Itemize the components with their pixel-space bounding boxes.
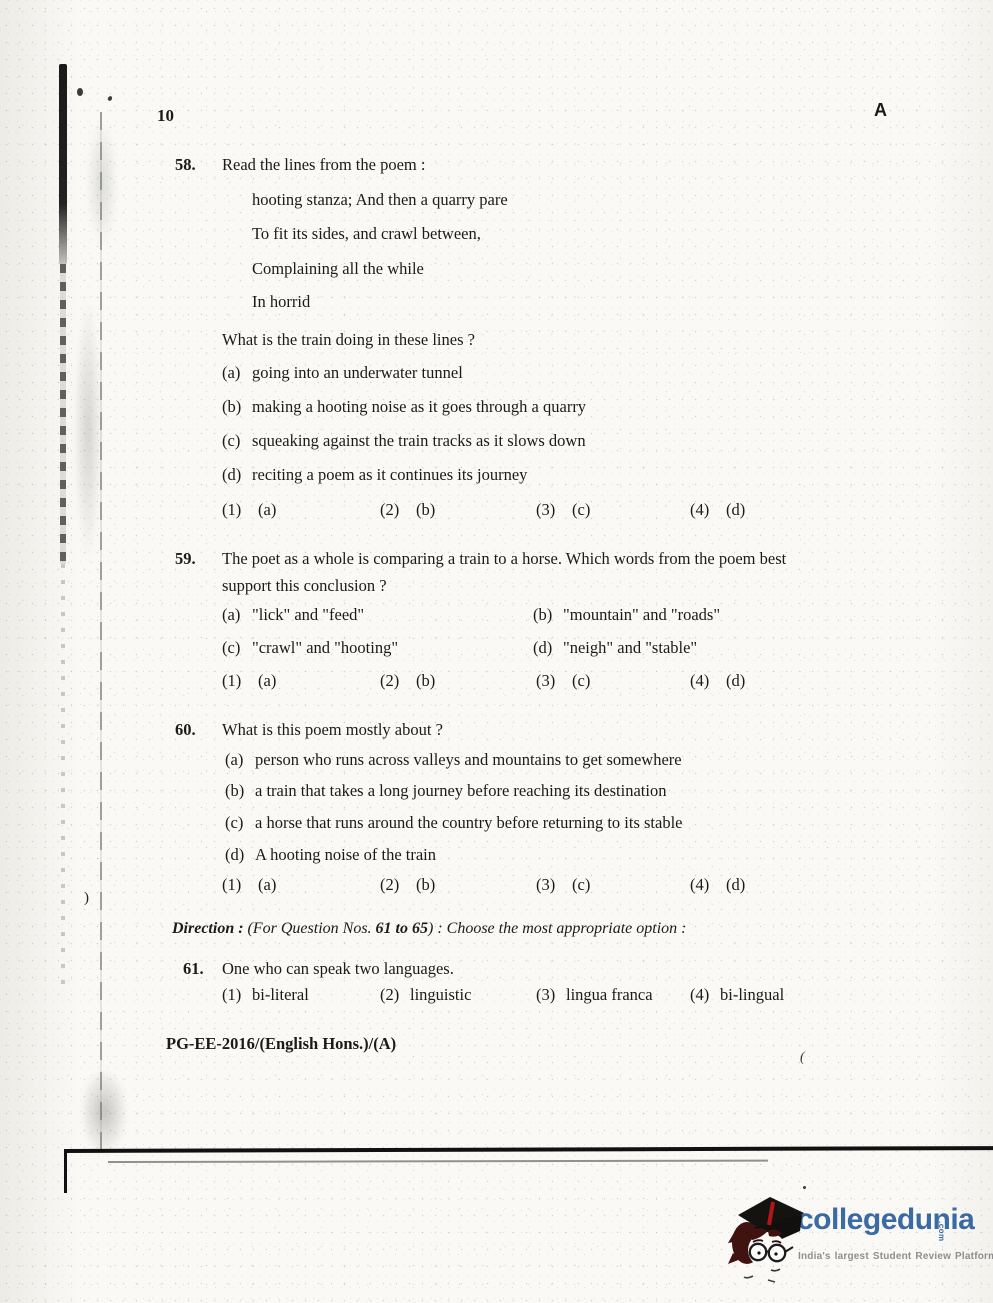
answer-letter: (a) bbox=[258, 500, 276, 519]
q61-number: 61. bbox=[183, 959, 204, 979]
option-number: (1) bbox=[222, 985, 252, 1005]
q58-answer-1: (1)(a) bbox=[222, 500, 276, 520]
scan-smudge bbox=[80, 1068, 128, 1156]
q60-choice-a: (a)person who runs across valleys and mo… bbox=[225, 750, 682, 770]
q59-answer-2: (2)(b) bbox=[380, 671, 435, 691]
choice-label: (a) bbox=[222, 605, 252, 625]
q60-answer-1: (1)(a) bbox=[222, 875, 276, 895]
q58-choice-b: (b)making a hooting noise as it goes thr… bbox=[222, 397, 586, 417]
q59-number: 59. bbox=[175, 549, 196, 569]
choice-label: (b) bbox=[225, 781, 255, 801]
q58-choice-d: (d)reciting a poem as it continues its j… bbox=[222, 465, 527, 485]
answer-letter: (b) bbox=[416, 671, 435, 690]
q60-number: 60. bbox=[175, 720, 196, 740]
option-number: (3) bbox=[536, 985, 566, 1005]
answer-letter: (c) bbox=[572, 671, 590, 690]
q59-choice-a: (a)"lick" and "feed" bbox=[222, 605, 364, 625]
q60-answer-3: (3)(c) bbox=[536, 875, 590, 895]
choice-label: (d) bbox=[533, 638, 563, 658]
option-number: (4) bbox=[690, 985, 720, 1005]
q59-choice-b: (b)"mountain" and "roads" bbox=[533, 605, 720, 625]
q61-option-2: (2)linguistic bbox=[380, 985, 471, 1005]
q61-option-3: (3)lingua franca bbox=[536, 985, 653, 1005]
stray-mark: ) bbox=[84, 888, 89, 908]
page-bottom-rule-echo bbox=[108, 1160, 768, 1163]
ink-dot bbox=[107, 95, 113, 101]
q58-poem-line: hooting stanza; And then a quarry pare bbox=[252, 190, 508, 210]
answer-number: (1) bbox=[222, 875, 258, 895]
choice-text: making a hooting noise as it goes throug… bbox=[252, 397, 586, 416]
answer-number: (3) bbox=[536, 671, 572, 691]
answer-letter: (a) bbox=[258, 875, 276, 894]
page-number: 10 bbox=[157, 106, 174, 126]
choice-label: (c) bbox=[222, 638, 252, 658]
scan-spine-shadow-faint bbox=[61, 564, 65, 994]
q60-choice-d: (d)A hooting noise of the train bbox=[225, 845, 436, 865]
q58-poem-line: Complaining all the while bbox=[252, 259, 424, 279]
option-text: bi-lingual bbox=[720, 985, 784, 1004]
q59-prompt-line1: The poet as a whole is comparing a train… bbox=[222, 549, 786, 569]
stray-mark: ( bbox=[800, 1048, 805, 1068]
choice-label: (b) bbox=[222, 397, 252, 417]
collegedunia-mascot-icon bbox=[726, 1189, 808, 1285]
choice-label: (c) bbox=[225, 813, 255, 833]
option-text: bi-literal bbox=[252, 985, 309, 1004]
q58-prompt: Read the lines from the poem : bbox=[222, 155, 425, 175]
choice-text: going into an underwater tunnel bbox=[252, 363, 463, 382]
choice-text: "mountain" and "roads" bbox=[563, 605, 720, 624]
answer-number: (3) bbox=[536, 875, 572, 895]
answer-number: (1) bbox=[222, 671, 258, 691]
scan-smudge bbox=[74, 300, 102, 560]
scan-spine-shadow bbox=[59, 64, 67, 264]
q58-choice-c: (c)squeaking against the train tracks as… bbox=[222, 431, 586, 451]
q60-prompt: What is this poem mostly about ? bbox=[222, 720, 443, 740]
q59-answer-1: (1)(a) bbox=[222, 671, 276, 691]
q61-prompt: One who can speak two languages. bbox=[222, 959, 454, 979]
choice-label: (d) bbox=[225, 845, 255, 865]
question-set-letter: A bbox=[874, 100, 887, 120]
q60-choice-c: (c)a horse that runs around the country … bbox=[225, 813, 683, 833]
answer-number: (2) bbox=[380, 500, 416, 520]
q58-answer-4: (4)(d) bbox=[690, 500, 745, 520]
scan-spine-shadow-faded bbox=[60, 264, 66, 564]
choice-label: (d) bbox=[222, 465, 252, 485]
choice-label: (a) bbox=[222, 363, 252, 383]
answer-letter: (c) bbox=[572, 875, 590, 894]
page-bottom-rule bbox=[64, 1146, 993, 1153]
direction-line: Direction : (For Question Nos. 61 to 65)… bbox=[172, 919, 687, 939]
answer-letter: (d) bbox=[726, 500, 745, 519]
answer-letter: (b) bbox=[416, 500, 435, 519]
direction-label: Direction : bbox=[172, 920, 244, 937]
q58-number: 58. bbox=[175, 155, 196, 175]
collegedunia-tagline: India's largest Student Review Platform bbox=[798, 1247, 993, 1267]
choice-text: "neigh" and "stable" bbox=[563, 638, 697, 657]
scan-smudge bbox=[86, 118, 118, 248]
direction-after: ) : bbox=[428, 920, 447, 937]
choice-text: A hooting noise of the train bbox=[255, 845, 436, 864]
q58-choice-a: (a)going into an underwater tunnel bbox=[222, 363, 463, 383]
choice-label: (a) bbox=[225, 750, 255, 770]
choice-text: a horse that runs around the country bef… bbox=[255, 813, 683, 832]
collegedunia-tld-text: .com bbox=[931, 1221, 951, 1242]
q61-option-1: (1)bi-literal bbox=[222, 985, 309, 1005]
direction-rest: Choose the most appropriate option : bbox=[447, 920, 687, 937]
q59-answer-4: (4)(d) bbox=[690, 671, 745, 691]
answer-letter: (c) bbox=[572, 500, 590, 519]
paper-code-footer: PG-EE-2016/(English Hons.)/(A) bbox=[166, 1034, 396, 1054]
q58-poem-line: To fit its sides, and crawl between, bbox=[252, 224, 481, 244]
choice-text: squeaking against the train tracks as it… bbox=[252, 431, 586, 450]
answer-number: (3) bbox=[536, 500, 572, 520]
q59-choice-c: (c)"crawl" and "hooting" bbox=[222, 638, 398, 658]
option-text: lingua franca bbox=[566, 985, 653, 1004]
choice-text: a train that takes a long journey before… bbox=[255, 781, 666, 800]
answer-number: (4) bbox=[690, 875, 726, 895]
ink-dot bbox=[77, 88, 83, 96]
q59-prompt-line2: support this conclusion ? bbox=[222, 576, 387, 596]
q58-answer-2: (2)(b) bbox=[380, 500, 435, 520]
scan-fold-line bbox=[100, 112, 102, 1150]
q60-answer-4: (4)(d) bbox=[690, 875, 745, 895]
direction-mid: (For Question Nos. bbox=[244, 920, 376, 937]
q61-option-4: (4)bi-lingual bbox=[690, 985, 784, 1005]
answer-letter: (a) bbox=[258, 671, 276, 690]
choice-label: (b) bbox=[533, 605, 563, 625]
q59-answer-3: (3)(c) bbox=[536, 671, 590, 691]
q58-poem-line: In horrid bbox=[252, 292, 310, 312]
q60-answer-2: (2)(b) bbox=[380, 875, 435, 895]
answer-letter: (d) bbox=[726, 671, 745, 690]
choice-text: "lick" and "feed" bbox=[252, 605, 364, 624]
page-bottom-corner bbox=[64, 1149, 67, 1193]
choice-text: reciting a poem as it continues its jour… bbox=[252, 465, 527, 484]
choice-label: (c) bbox=[222, 431, 252, 451]
q58-question: What is the train doing in these lines ? bbox=[222, 330, 475, 350]
answer-letter: (d) bbox=[726, 875, 745, 894]
answer-number: (2) bbox=[380, 671, 416, 691]
answer-number: (4) bbox=[690, 671, 726, 691]
q60-choice-b: (b)a train that takes a long journey bef… bbox=[225, 781, 666, 801]
answer-number: (1) bbox=[222, 500, 258, 520]
direction-range: 61 to 65 bbox=[376, 920, 428, 937]
scanned-exam-page: ) ( 10 A 58. Read the lines from the poe… bbox=[0, 0, 993, 1303]
answer-number: (4) bbox=[690, 500, 726, 520]
q59-choice-d: (d)"neigh" and "stable" bbox=[533, 638, 697, 658]
answer-number: (2) bbox=[380, 875, 416, 895]
answer-letter: (b) bbox=[416, 875, 435, 894]
option-number: (2) bbox=[380, 985, 410, 1005]
q58-answer-3: (3)(c) bbox=[536, 500, 590, 520]
option-text: linguistic bbox=[410, 985, 471, 1004]
choice-text: "crawl" and "hooting" bbox=[252, 638, 398, 657]
choice-text: person who runs across valleys and mount… bbox=[255, 750, 682, 769]
